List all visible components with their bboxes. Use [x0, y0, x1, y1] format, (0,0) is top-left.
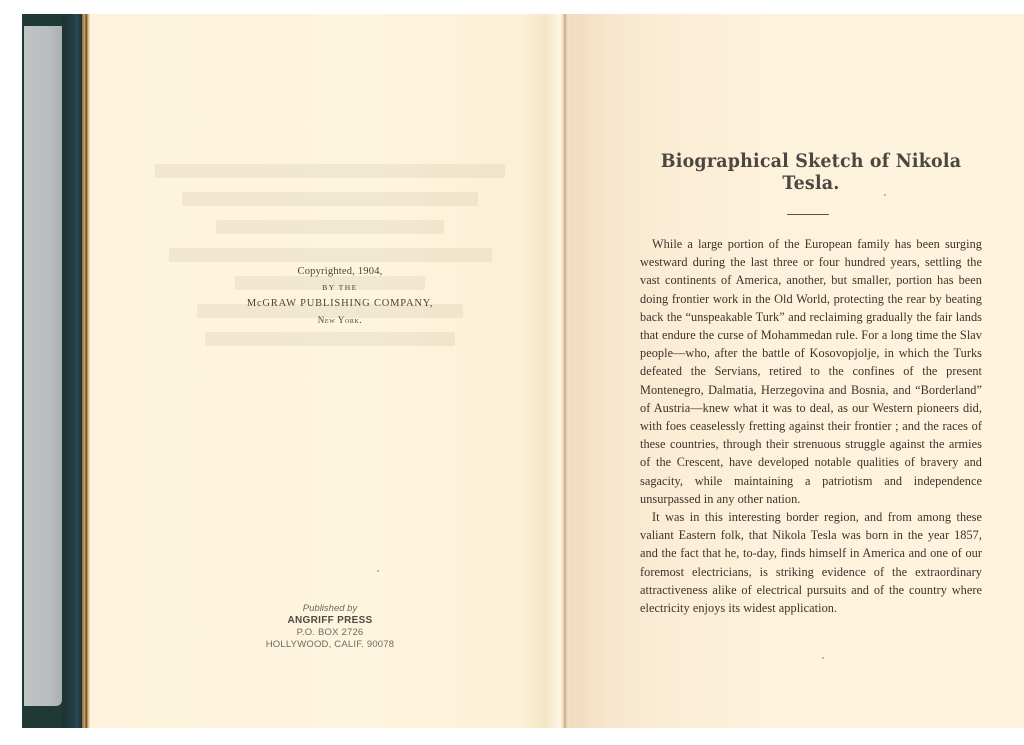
book-scan: Copyrighted, 1904, BY THE McGRAW PUBLISH… — [0, 0, 1024, 745]
reprint-po-box: P.O. BOX 2726 — [230, 627, 430, 639]
published-by-label: Published by — [230, 603, 430, 615]
paper-speck — [377, 570, 379, 572]
page-title: Biographical Sketch of Nikola Tesla. — [654, 150, 969, 194]
publisher-line: McGRAW PUBLISHING COMPANY, — [200, 298, 480, 309]
copyright-imprint: Copyrighted, 1904, BY THE McGRAW PUBLISH… — [200, 266, 480, 325]
biographical-sketch: Biographical Sketch of Nikola Tesla. Whi… — [640, 150, 982, 617]
gilt-page-edge — [82, 14, 90, 728]
copyright-line: Copyrighted, 1904, — [200, 266, 480, 277]
book-gutter — [556, 14, 570, 728]
by-the-line: BY THE — [200, 283, 480, 292]
paragraph-2: It was in this interesting border region… — [640, 508, 982, 617]
reprint-publisher-block: Published by ANGRIFF PRESS P.O. BOX 2726… — [230, 603, 430, 651]
paper-speck — [884, 194, 886, 196]
reprint-city: HOLLYWOOD, CALIF. 90078 — [230, 639, 430, 651]
endpaper — [24, 26, 62, 706]
title-rule-divider — [787, 214, 829, 215]
paper-speck — [822, 657, 824, 659]
city-line: New York. — [200, 315, 480, 325]
cover-spine-edge — [62, 14, 82, 728]
paragraph-1: While a large portion of the European fa… — [640, 235, 982, 508]
reprint-publisher-name: ANGRIFF PRESS — [230, 615, 430, 627]
